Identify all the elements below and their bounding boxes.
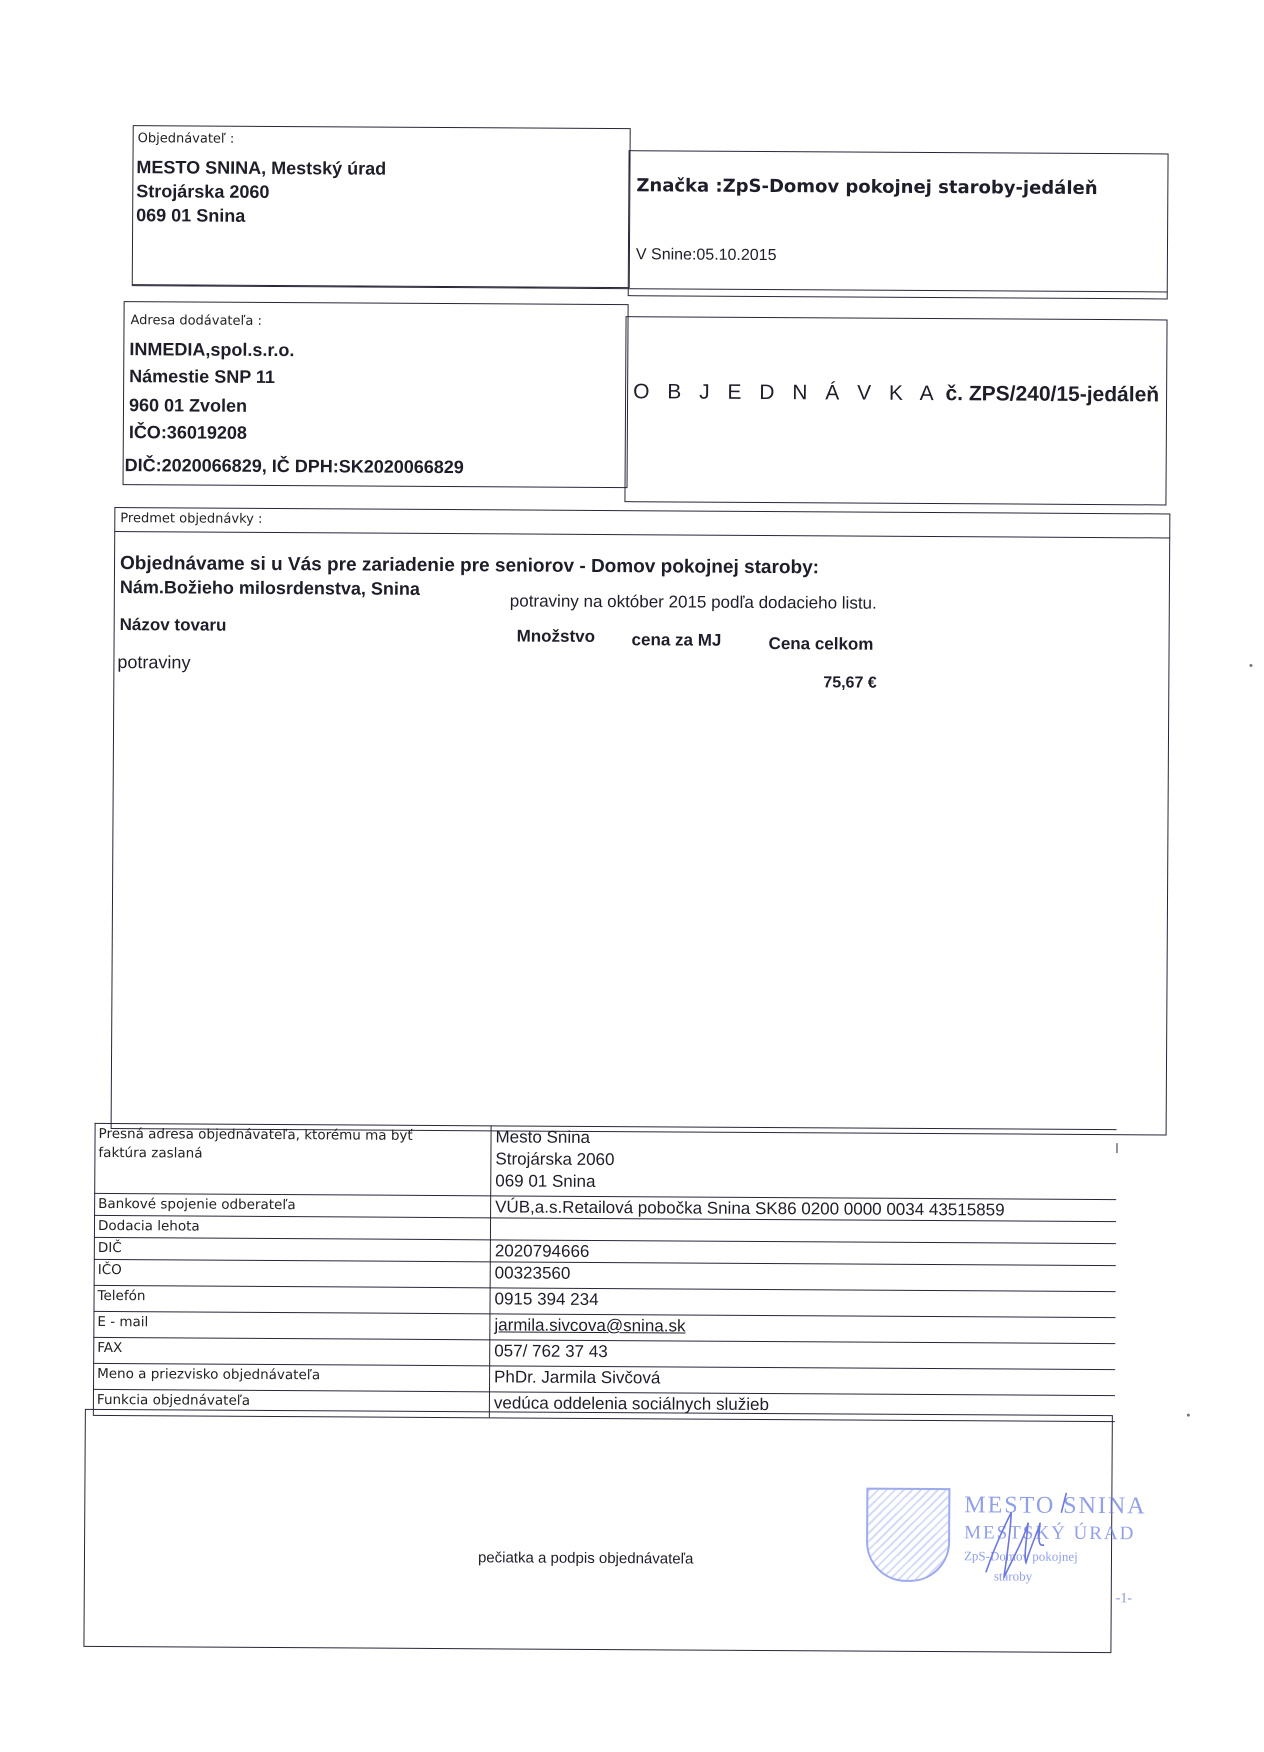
col-item: Názov tovaru [120,615,227,636]
scan-speck [1249,664,1252,667]
table-row-divider [94,1237,1116,1244]
detail-value: Strojárska 2060 [495,1149,614,1170]
detail-value: 00323560 [495,1263,571,1283]
table-border-left [93,1123,96,1415]
email-link[interactable]: jarmila.sivcova@snina.sk [494,1315,685,1336]
table-border-right [1116,1143,1117,1153]
item-name: potraviny [117,652,190,673]
order-document: Objednávateľ : MESTO SNINA, Mestský úrad… [0,0,1264,1752]
order-title: O B J E D N Á V K A č. ZPS/240/15-jedále… [633,380,1159,407]
detail-value: 069 01 Snina [495,1171,595,1192]
detail-label: Bankové spojenie odberateľa [98,1196,296,1213]
supplier-street: Námestie SNP 11 [129,366,275,388]
detail-label: Presná adresa objednávateľa, ktorému ma … [99,1126,413,1144]
supplier-city: 960 01 Zvolen [129,395,247,417]
reference-mark: Značka :ZpS-Domov pokojnej staroby-jedál… [636,175,1097,199]
detail-label: Meno a priezvisko objednávateľa [97,1366,320,1383]
subject-line1: Objednávame si u Vás pre zariadenie pre … [120,553,819,579]
supplier-ico: IČO:36019208 [129,422,247,444]
detail-value: 2020794666 [495,1241,590,1262]
orderer-street: Strojárska 2060 [136,181,269,203]
order-title-word: O B J E D N Á V K A [633,380,940,405]
supplier-label: Adresa dodávateľa : [130,313,261,329]
orderer-label: Objednávateľ : [138,131,235,147]
detail-value: 0915 394 234 [494,1289,598,1310]
subject-line2: Nám.Božieho milosrdenstva, Snina [120,577,420,600]
detail-label: DIČ [98,1240,122,1256]
table-row-divider [94,1285,1116,1292]
official-stamp: MESTO SNINA MESTSKÝ ÚRAD ZpS-Domov pokoj… [866,1482,1147,1614]
table-column-divider [489,1125,492,1417]
detail-value: PhDr. Jarmila Sivčová [494,1367,660,1388]
detail-value: 057/ 762 37 43 [494,1341,608,1362]
order-number: č. ZPS/240/15-jedáleň [945,382,1159,406]
signature-caption: pečiatka a podpis objednávateľa [478,1549,693,1567]
col-total: Cena celkom [769,634,874,655]
supplier-name: INMEDIA,spol.s.r.o. [129,339,294,361]
table-row: potraviny 75,67 € [6,0,1264,4]
coat-of-arms-icon [866,1488,951,1583]
details-table: Presná adresa objednávateľa, ktorému ma … [6,0,1264,4]
detail-label: E - mail [97,1314,148,1330]
detail-label: Dodacia lehota [98,1218,200,1235]
page-number: -1- [1116,1591,1132,1607]
detail-value: Mesto Snina [495,1127,590,1148]
detail-label: Telefón [98,1288,146,1304]
handwritten-signature-icon [966,1482,1087,1593]
item-total: 75,67 € [823,674,876,692]
reference-box [628,150,1169,299]
place-date: V Snine:05.10.2015 [636,246,777,265]
detail-label: IČO [98,1262,122,1278]
detail-label: FAX [97,1340,122,1356]
detail-label: Funkcia objednávateľa [97,1392,250,1409]
supplier-dic: DIČ:2020066829, IČ DPH:SK2020066829 [125,455,464,478]
subject-label: Predmet objednávky : [120,511,262,527]
subject-description: potraviny na október 2015 podľa dodacieh… [510,591,877,613]
table-row-divider [94,1259,1116,1266]
order-title-box [624,316,1167,505]
detail-label-cont: faktúra zaslaná [98,1145,202,1162]
scan-speck [1187,1414,1190,1417]
col-unit-price: cena za MJ [632,630,722,651]
col-quantity: Množstvo [517,626,596,646]
orderer-city: 069 01 Snina [136,205,245,227]
orderer-name: MESTO SNINA, Mestský úrad [136,157,386,180]
